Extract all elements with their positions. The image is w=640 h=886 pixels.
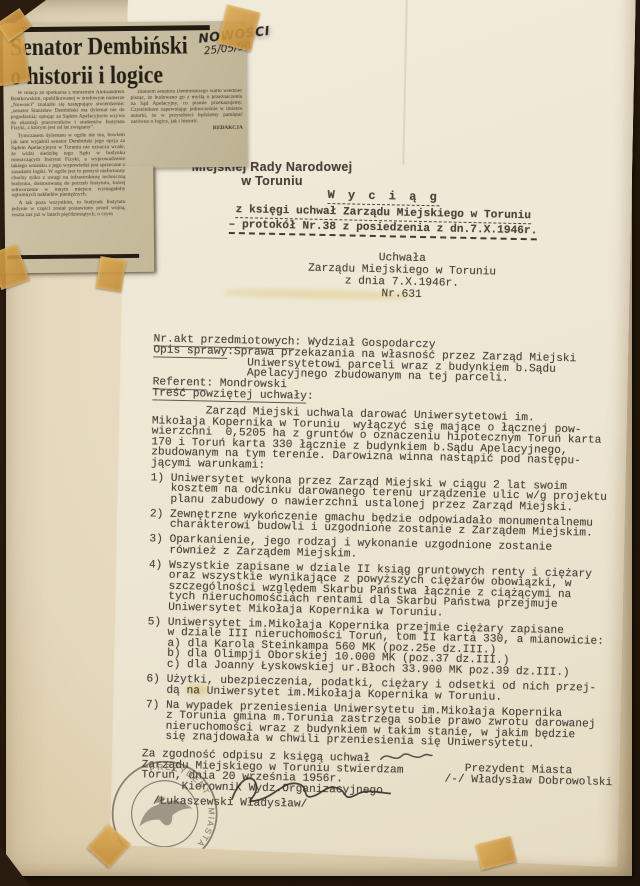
clipping-paragraph: zdaniem senatora Dembińskiego warto wied… [130,89,242,126]
handwritten-signature [226,769,399,813]
newspaper-clipping: Senator Dembiński o historii i logice W … [3,21,256,274]
eagle-emblem-icon [132,788,195,834]
paper-crease [402,0,408,165]
resolution-heading: UchwałaZarządu Miejskiego w Toruniuz dni… [242,249,563,304]
signature-stroke [226,769,399,813]
clipping-signoff: REDAKCJA [131,126,243,133]
text-line: /-/ Władysław Dobrowolski [444,775,634,790]
resolution-body: Zarząd Miejski uchwala darować Uniwersyt… [145,405,632,752]
text-line: Tymczasem dylematu w ogóle nie ma, bowie… [11,133,126,199]
text-line: W relacji ze spotkania z ministrem Aleks… [10,90,124,133]
tape-piece [96,256,127,292]
text-line: A tak poza wszystkim, to budynek Instytu… [12,200,126,219]
president-signature-block: Prezydent Miasta/-/ Władysław Dobrowolsk… [444,764,634,790]
headline-line: o historii i logice [10,60,236,91]
clipping-column-2: zdaniem senatora Dembińskiego warto wied… [130,89,243,166]
scribble-stroke [378,748,434,767]
pen-scribble [378,748,434,767]
case-meta-block: Nr.akt przedmiotowych: Wydział Gospodarc… [152,334,629,409]
scanned-photo-stage: Miejskiej Rady Narodowej w Toruniu W y c… [0,0,640,886]
document-title: W y c i ą g [327,188,440,206]
clipping-column-1: W relacji ze spotkania z ministrem Aleks… [10,90,126,267]
